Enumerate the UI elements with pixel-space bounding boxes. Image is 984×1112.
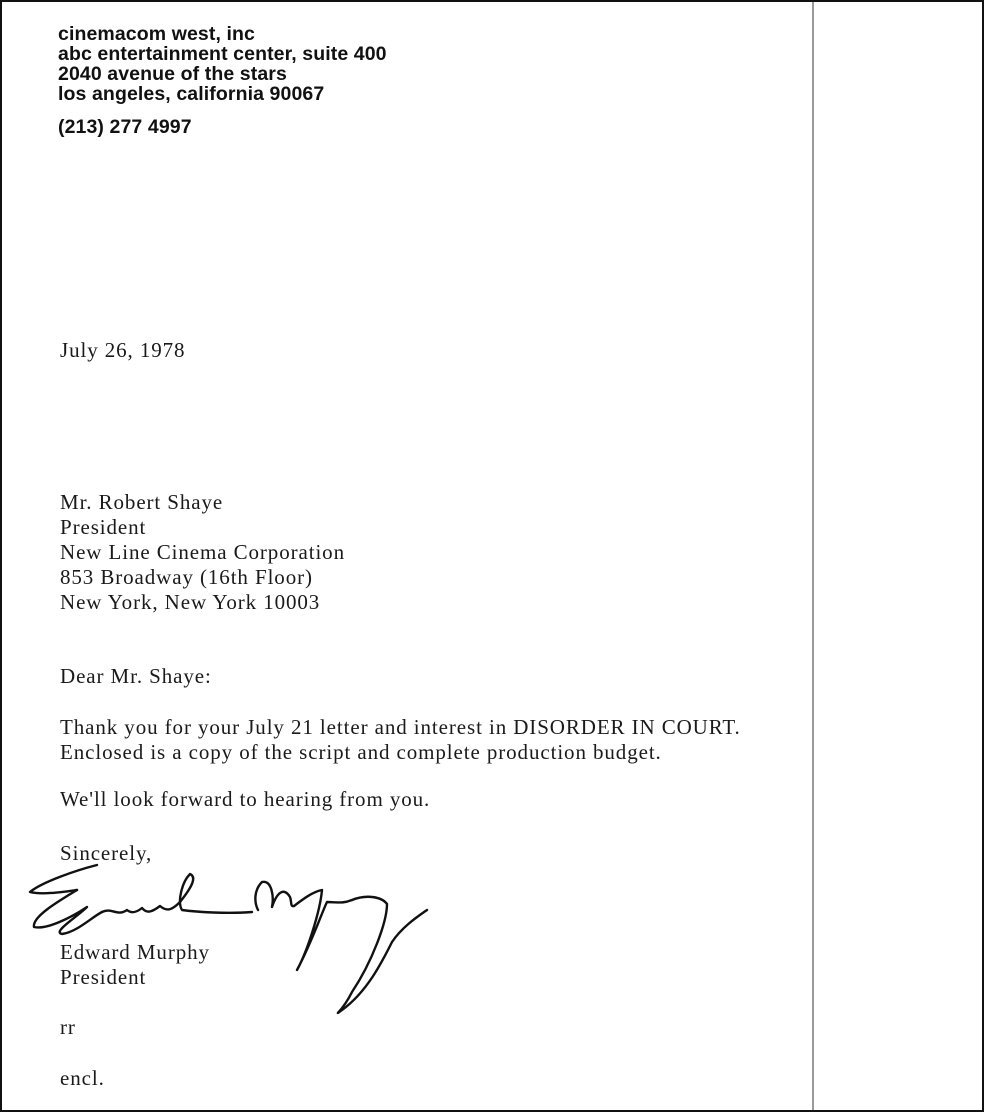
recipient-street: 853 Broadway (16th Floor) [60,565,345,590]
body-line: Thank you for your July 21 letter and in… [60,715,741,740]
recipient-city: New York, New York 10003 [60,590,345,615]
recipient-title: President [60,515,345,540]
enclosure-notation: encl. [60,1066,105,1091]
letterhead-address-line: los angeles, california 90067 [58,84,387,104]
letterhead: cinemacom west, inc abc entertainment ce… [58,24,387,137]
signatory-name: Edward Murphy [60,940,210,965]
typist-initials: rr [60,1015,76,1040]
letter-page: cinemacom west, inc abc entertainment ce… [0,0,984,1112]
letterhead-address-line: abc entertainment center, suite 400 [58,44,387,64]
recipient-address: Mr. Robert Shaye President New Line Cine… [60,490,345,615]
recipient-company: New Line Cinema Corporation [60,540,345,565]
recipient-name: Mr. Robert Shaye [60,490,345,515]
letterhead-address-line: 2040 avenue of the stars [58,64,387,84]
signatory-title: President [60,965,210,990]
company-name: cinemacom west, inc [58,24,387,44]
body-paragraph-2: We'll look forward to hearing from you. [60,787,430,812]
body-paragraph-1: Thank you for your July 21 letter and in… [60,715,741,765]
letterhead-phone: (213) 277 4997 [58,117,387,137]
letter-date: July 26, 1978 [60,338,185,363]
scan-fold-line [812,2,814,1110]
signatory: Edward Murphy President [60,940,210,990]
body-line: Enclosed is a copy of the script and com… [60,740,741,765]
salutation: Dear Mr. Shaye: [60,664,212,689]
